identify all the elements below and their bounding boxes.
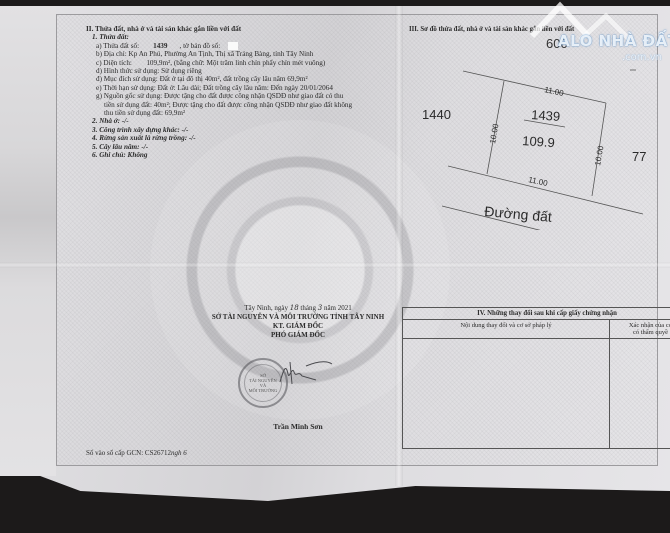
- term-row: e) Thời hạn sử dụng: Đất ở: Lâu dài; Đất…: [96, 84, 396, 92]
- col-change-content: Nội dung thay đổi và cơ sở pháp lý: [403, 320, 610, 339]
- signature-block: Tây Ninh, ngày 18 tháng 3 năm 2021 SỞ TÀ…: [196, 304, 400, 340]
- gcn-handwritten: ngh 6: [171, 449, 187, 457]
- col2-line1: Xác nhận của cơ: [629, 322, 670, 329]
- right-edge-length: 10.00: [593, 145, 605, 167]
- month-prefix: tháng: [300, 304, 316, 312]
- parcel-number-label: 1439: [531, 107, 561, 124]
- left-neighbor-parcel: 1440: [422, 107, 451, 122]
- section2-heading: II. Thửa đất, nhà ở và tài sản khác gắn …: [86, 25, 396, 33]
- section3-heading: III. Sơ đồ thửa đất, nhà ở và tài sản kh…: [409, 26, 574, 33]
- purpose-row: đ) Mục đích sử dụng: Đất ở tại đô thị 40…: [96, 75, 396, 83]
- road-label: Đường đất: [484, 203, 553, 225]
- section4-heading: IV. Những thay đổi sau khi cấp giấy chứn…: [403, 308, 670, 320]
- address-row: b) Địa chỉ: Kp An Phú, Phường An Tịnh, T…: [96, 50, 396, 58]
- origin-row: g) Nguồn gốc sử dụng: Được tặng cho đất …: [96, 92, 396, 100]
- parcel-area-label: 109.9: [522, 133, 556, 150]
- stamp-line: VÀ: [260, 383, 267, 388]
- kt-director: KT. GIÁM ĐỐC: [196, 322, 400, 331]
- parcel-label: a) Thửa đất số:: [96, 42, 139, 50]
- origin-row-cont: tiền sử dụng đất: 40m²; Được tặng cho đấ…: [104, 101, 396, 109]
- date-day: 18: [290, 304, 299, 312]
- parcel-number-row: a) Thửa đất số:1439, tờ bản đồ số:: [96, 42, 396, 50]
- stamp-line: TÀI NGUYÊN: [249, 378, 277, 383]
- col2-line2: có thẩm quyề: [633, 329, 668, 336]
- other-construction-item: 3. Công trình xây dựng khác: -/-: [92, 126, 396, 134]
- fold-crease-horizontal: [0, 262, 670, 268]
- left-edge-length: 10.00: [488, 123, 500, 145]
- area-label: c) Diện tích:: [96, 59, 132, 67]
- changes-cell: [403, 339, 610, 449]
- date-month: 3: [318, 304, 322, 312]
- notes-item: 6. Ghi chú: Không: [92, 151, 396, 159]
- gcn-value: CS26712: [145, 449, 171, 457]
- parcel-number: 1439: [153, 42, 167, 50]
- stamp-line: SỞ: [260, 373, 266, 378]
- parcel-diagram: 11.00 11.00 10.00 10.00 1439 109.9 1440 …: [400, 40, 670, 230]
- land-parcel-subheading: 1. Thửa đất:: [92, 33, 396, 41]
- confirm-cell: [610, 339, 670, 449]
- gcn-register-number: Số vào sổ cấp GCN: CS26712ngh 6: [86, 449, 187, 457]
- section-changes-table: IV. Những thay đổi sau khi cấp giấy chứn…: [402, 307, 670, 449]
- issue-date: Tây Ninh, ngày 18 tháng 3 năm 2021: [196, 304, 400, 313]
- date-year: năm 2021: [324, 304, 352, 312]
- gcn-label: Số vào sổ cấp GCN:: [86, 449, 143, 457]
- area-row: c) Diện tích: 109,9m², (bằng chữ: Một tr…: [96, 59, 396, 67]
- use-form-row: d) Hình thức sử dụng: Sử dụng riêng: [96, 67, 396, 75]
- forest-item: 4. Rừng sản xuất là rừng trồng: -/-: [92, 134, 396, 142]
- area-value: 109,9m², (bằng chữ: Một trăm linh chín p…: [146, 59, 325, 67]
- signer-name: Trần Minh Sơn: [196, 422, 400, 431]
- issuing-org: SỞ TÀI NGUYÊN VÀ MÔI TRƯỜNG TỈNH TÂY NIN…: [196, 313, 400, 322]
- map-sheet-label: , tờ bản đồ số:: [179, 42, 220, 50]
- house-item: 2. Nhà ở: -/-: [92, 117, 396, 125]
- section-land-info: II. Thửa đất, nhà ở và tài sản khác gắn …: [86, 25, 396, 160]
- date-prefix: Tây Ninh, ngày: [244, 304, 288, 312]
- col-authority-confirm: Xác nhận của cơcó thẩm quyề: [610, 320, 670, 339]
- redacted-map-sheet: [228, 42, 238, 50]
- deputy-director: PHÓ GIÁM ĐỐC: [196, 331, 400, 340]
- handwritten-signature: [276, 360, 336, 388]
- right-neighbor-parcel: 77: [632, 149, 646, 164]
- paper-left-margin: [0, 6, 56, 476]
- top-edge-length: 11.00: [544, 85, 565, 98]
- origin-row-cont2: thu tiền sử dụng đất: 69,9m²: [104, 109, 396, 117]
- stamp-line: MÔI TRƯỜNG: [249, 388, 278, 393]
- perennial-item: 5. Cây lâu năm: -/-: [92, 143, 396, 151]
